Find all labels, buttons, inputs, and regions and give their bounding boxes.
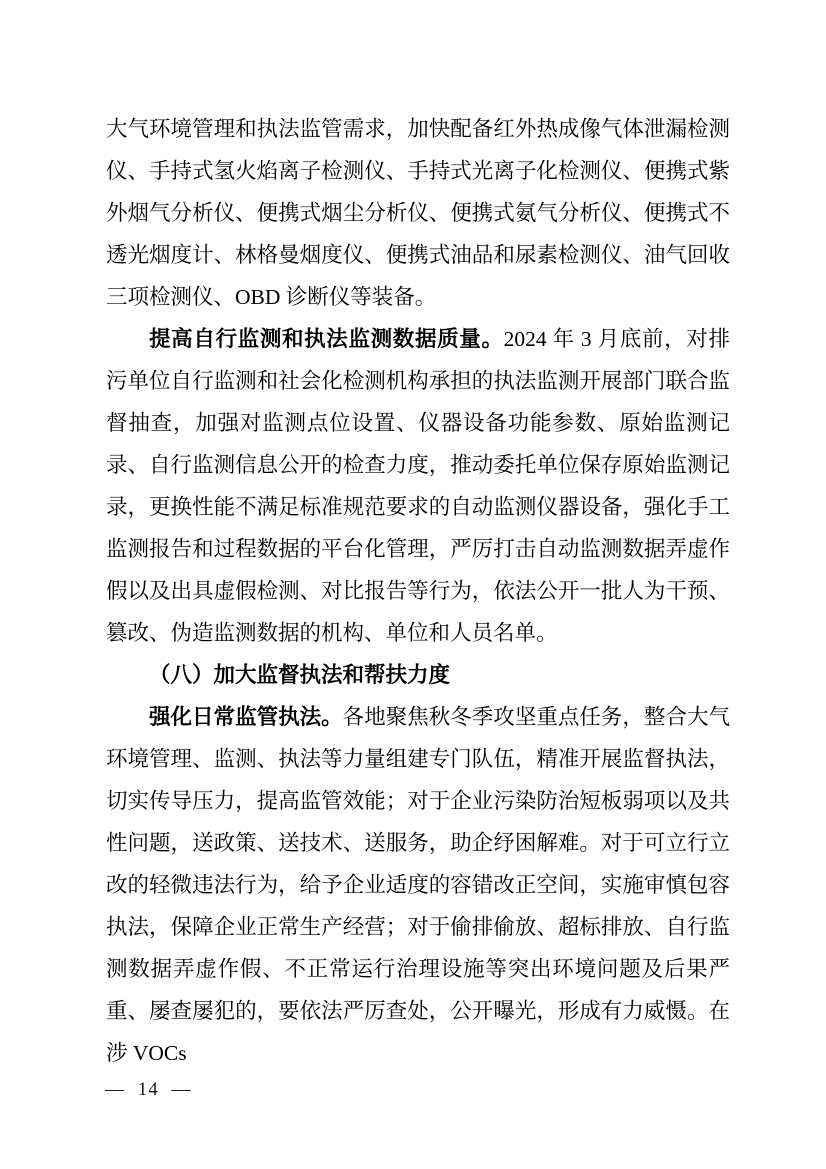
document-page: 大气环境管理和执法监管需求，加快配备红外热成像气体泄漏检测仪、手持式氢火焰离子检… — [0, 0, 826, 1169]
paragraph-lead-bold: 提高自行监测和执法监测数据质量。 — [149, 327, 504, 351]
paragraph-daily-supervision: 强化日常监管执法。各地聚焦秋冬季攻坚重点任务，整合大气环境管理、监测、执法等力量… — [106, 696, 730, 1074]
section-heading-8: （八）加大监督执法和帮扶力度 — [106, 654, 730, 696]
paragraph-equipment-continuation: 大气环境管理和执法监管需求，加快配备红外热成像气体泄漏检测仪、手持式氢火焰离子检… — [106, 108, 730, 318]
paragraph-text: 大气环境管理和执法监管需求，加快配备红外热成像气体泄漏检测仪、手持式氢火焰离子检… — [106, 117, 730, 309]
paragraph-lead-bold: 强化日常监管执法。 — [149, 705, 343, 729]
paragraph-text: 2024 年 3 月底前，对排污单位自行监测和社会化检测机构承担的执法监测开展部… — [106, 327, 730, 645]
page-number: — 14 — — [105, 1078, 192, 1102]
page-body: 大气环境管理和执法监管需求，加快配备红外热成像气体泄漏检测仪、手持式氢火焰离子检… — [106, 108, 730, 1074]
paragraph-text: 各地聚焦秋冬季攻坚重点任务，整合大气环境管理、监测、执法等力量组建专门队伍，精准… — [106, 705, 730, 1065]
paragraph-monitoring-quality: 提高自行监测和执法监测数据质量。2024 年 3 月底前，对排污单位自行监测和社… — [106, 318, 730, 654]
